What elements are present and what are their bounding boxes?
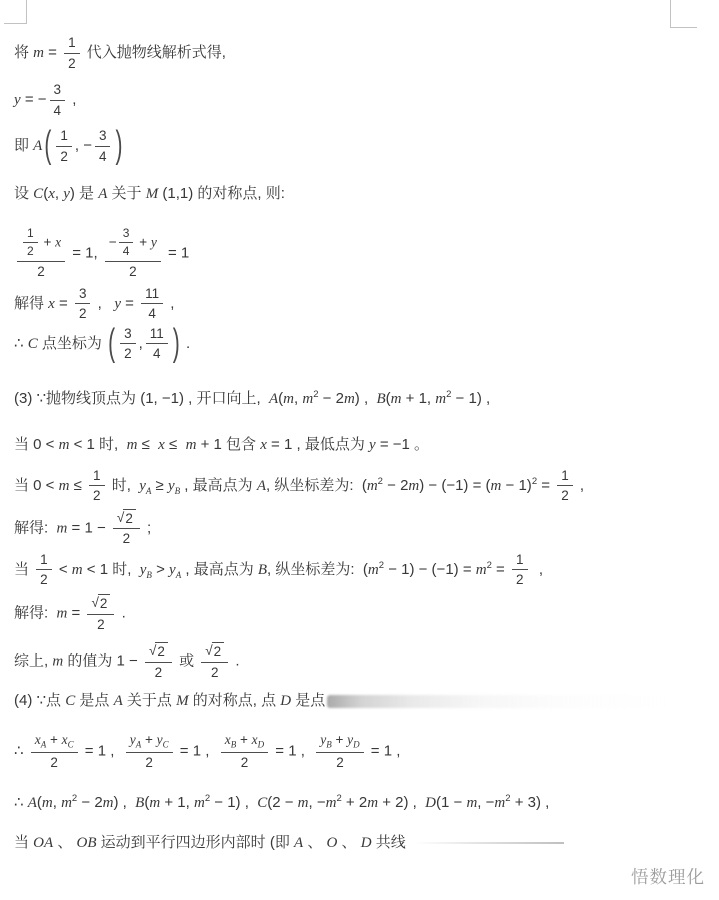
fraction-numerator: 1 (64, 34, 80, 54)
fraction-denominator: 2 (241, 753, 249, 772)
line-point-a: 即 A(12, −34) (14, 127, 711, 165)
math-variable: m (42, 795, 53, 811)
math-variable: m (57, 520, 68, 536)
math-variable: y (114, 296, 121, 312)
text-run: 3 (54, 82, 62, 97)
fraction: −34 + y2 (105, 226, 161, 281)
text-run: 1 (561, 468, 569, 483)
text-run: 3 (123, 226, 130, 240)
fraction-numerator: 3 (119, 226, 134, 244)
text-run: + 2 (342, 794, 367, 811)
line-part3-intro: (3) ∵抛物线顶点为 (1, −1) , 开口向上, A(m, m2 − 2m… (14, 388, 711, 411)
text-run: 11 (150, 326, 164, 341)
fraction-numerator: yB + yD (316, 731, 363, 753)
text-run: + (141, 732, 156, 747)
text-run: 1 (93, 468, 101, 483)
math-variable: A (294, 835, 303, 851)
math-variable: B (376, 391, 385, 407)
math-variable: m (149, 795, 160, 811)
text-run: = (537, 477, 554, 494)
line-y-value: y = −34 , (14, 81, 711, 119)
big-paren: ( (44, 118, 51, 175)
math-variable: y (139, 478, 146, 494)
fraction: 12 (557, 467, 573, 505)
math-variable: A (114, 693, 123, 709)
math-variable: m (127, 437, 138, 453)
text-run: = (492, 561, 509, 578)
fraction-denominator: 2 (93, 486, 101, 505)
math-variable: M (146, 186, 159, 202)
fraction-denominator: 2 (124, 344, 132, 363)
fraction: yB + yD2 (316, 731, 363, 772)
fraction-numerator: √2 (145, 642, 172, 663)
math-variable: y (63, 186, 70, 202)
text-run: = 1 (164, 244, 189, 261)
text-run: . (117, 605, 125, 622)
fraction-numerator: 1 (512, 551, 528, 571)
text-run: − 2 (319, 390, 344, 407)
text-run: − 2 (77, 794, 102, 811)
math-variable: m (344, 391, 355, 407)
math-variable: OA (33, 835, 53, 851)
text-run: − 1) , (451, 390, 490, 407)
math-variable: m (59, 437, 70, 453)
text-run: 点坐标为 (38, 335, 106, 352)
text-run: 2 (50, 755, 58, 770)
math-variable: A (28, 795, 37, 811)
math-variable: y (168, 478, 175, 494)
fraction: 32 (75, 285, 91, 323)
fraction-denominator: 2 (123, 529, 131, 548)
text-run: − 1) − (−1) = (384, 561, 476, 578)
text-run: 3 (124, 326, 132, 341)
text-run: 将 (14, 44, 33, 61)
text-run: 时, (108, 477, 140, 494)
fraction-denominator: 4 (54, 101, 62, 120)
text-run: , 纵坐标差为: ( (266, 477, 367, 494)
text-run: 1 (516, 552, 524, 567)
text-run: ≤ (69, 477, 86, 494)
text-run: , − (75, 137, 92, 154)
math-variable: m (368, 562, 379, 578)
math-variable: m (494, 795, 505, 811)
text-run: 当 (14, 561, 33, 578)
math-variable: m (61, 795, 72, 811)
math-variable: D (425, 795, 436, 811)
text-run: 是点 (291, 692, 325, 709)
text-run: , − (477, 794, 494, 811)
text-run: 、 (53, 834, 76, 851)
math-variable: m (302, 391, 313, 407)
big-paren: ( (108, 315, 115, 372)
math-variable: m (194, 795, 205, 811)
text-run: ) , (355, 390, 377, 407)
text-run: 2 (97, 617, 105, 632)
text-run: ∴ (14, 794, 28, 811)
math-variable: m (367, 795, 378, 811)
fraction-numerator: √2 (113, 509, 140, 530)
text-run: + 1 包含 (196, 436, 260, 453)
text-run: 4 (148, 306, 156, 321)
text-run: 2 (68, 56, 76, 71)
fraction: 12 (512, 551, 528, 589)
fraction-denominator: 2 (145, 753, 153, 772)
radical: √2 (117, 509, 136, 528)
text-run: ∴ (14, 742, 28, 759)
text-run: + 1, (401, 390, 435, 407)
fraction: 114 (146, 325, 168, 363)
text-run: 2 (79, 306, 87, 321)
radical: √2 (149, 642, 168, 661)
text-run: − 1) (501, 477, 531, 494)
text-run: 关于 (107, 185, 145, 202)
text-run: + (236, 732, 251, 747)
text-run: 解得: (14, 605, 57, 622)
text-run: 2 (129, 264, 137, 279)
math-variable: x (158, 437, 165, 453)
math-variable: y (169, 562, 176, 578)
math-variable: B (258, 562, 267, 578)
fraction-numerator: 12 + x (17, 226, 65, 262)
fraction-denominator: 2 (50, 753, 58, 772)
fraction-denominator: 2 (336, 753, 344, 772)
math-variable: y (151, 234, 157, 249)
text-run: = (121, 295, 138, 312)
math-variable: x (48, 186, 55, 202)
line-case-0m1: 当 0 < m < 1 时, m ≤ x ≤ m + 1 包含 x = 1 , … (14, 434, 711, 457)
text-run: = 1 , 最低点为 (267, 436, 369, 453)
math-variable: m (298, 795, 309, 811)
text-run: + (40, 234, 55, 249)
fraction-denominator: 4 (148, 304, 156, 323)
math-variable: m (33, 45, 44, 61)
line-solve-m1: 解得: m = 1 − √22 ; (14, 509, 711, 548)
text-run: 2 (40, 572, 48, 587)
text-run: − 2 (383, 477, 408, 494)
radical: √2 (91, 594, 110, 613)
line-symmetry-equations: 12 + x2 = 1, −34 + y2 = 1 (14, 226, 711, 281)
solution-content: 将 m = 12 代入抛物线解析式得, y = −34 , 即 A(12, −3… (0, 0, 719, 855)
fraction-numerator: 1 (23, 226, 38, 244)
text-run: 2 (124, 346, 132, 361)
math-variable: m (367, 478, 378, 494)
math-variable: O (327, 835, 338, 851)
fraction: 32 (120, 325, 136, 363)
text-run: 2 (561, 488, 569, 503)
text-run: = 1 , (271, 742, 313, 759)
text-run: 的值为 1 − (63, 653, 142, 670)
text-run: ) , (114, 794, 136, 811)
text-run: . (182, 335, 190, 352)
text-run: 2 (37, 264, 45, 279)
text-run: 4 (123, 244, 130, 258)
text-run: ≤ (165, 436, 186, 453)
text-run: > (152, 561, 169, 578)
fraction-numerator: √2 (87, 594, 114, 615)
text-run: 解得 (14, 295, 48, 312)
fraction-denominator: 2 (60, 147, 68, 166)
fraction: xB + xD2 (221, 731, 268, 772)
big-paren: ) (173, 315, 180, 372)
fraction: 12 (56, 127, 72, 165)
radicand: 2 (123, 509, 136, 528)
math-variable: m (435, 391, 446, 407)
fraction-numerator: xB + xD (221, 731, 268, 753)
math-variable: y (14, 92, 21, 108)
fraction-numerator: xA + xC (31, 731, 78, 753)
fraction: 12 (23, 226, 38, 260)
math-variable: OB (77, 835, 97, 851)
fraction: √22 (201, 642, 228, 681)
text-run: , 最高点为 (181, 561, 258, 578)
line-substitute-m: 将 m = 12 代入抛物线解析式得, (14, 34, 711, 72)
text-run: 2 (60, 149, 68, 164)
fraction-numerator: 3 (120, 325, 136, 345)
text-run: , 纵坐标差为: ( (267, 561, 368, 578)
text-run: + (135, 234, 150, 249)
text-run: = (67, 605, 84, 622)
line-case-m-le-half: 当 0 < m ≤ 12 时, yA ≥ yB , 最高点为 A, 纵坐标差为:… (14, 467, 711, 505)
text-run: = − (21, 91, 47, 108)
line-midpoint-equations: ∴ xA + xC2 = 1 , yA + yC2 = 1 , xB + xD2… (14, 731, 711, 772)
line-part4-intro: (4) ∵点 C 是点 A 关于点 M 的对称点, 点 D 是点 (14, 690, 711, 713)
fraction: 34 (119, 226, 134, 260)
fraction-numerator: 1 (557, 467, 573, 487)
math-variable: B (135, 795, 144, 811)
text-run: ≥ (151, 477, 168, 494)
math-variable: m (408, 478, 419, 494)
text-run: 运动到平行四边形内部时 (即 (97, 834, 295, 851)
fraction: 12 (36, 551, 52, 589)
text-run: ) 是 (70, 185, 98, 202)
fraction-denominator: 2 (40, 570, 48, 589)
text-run: 当 0 < (14, 436, 59, 453)
math-variable: D (361, 835, 372, 851)
subscript: C (163, 739, 169, 749)
math-variable: m (72, 562, 83, 578)
line-c-coordinates: ∴ C 点坐标为 (32,114) . (14, 325, 711, 363)
radicand: 2 (155, 642, 168, 661)
text-run: = 1 , (176, 742, 218, 759)
math-variable: A (33, 138, 42, 154)
math-variable: x (260, 437, 267, 453)
math-variable: C (65, 693, 75, 709)
text-run: 2 (516, 572, 524, 587)
text-run: 2 (27, 244, 34, 258)
text-run: = (44, 44, 61, 61)
text-run: 2 (123, 531, 131, 546)
fraction: √22 (145, 642, 172, 681)
fraction-numerator: 1 (89, 467, 105, 487)
text-run: , − (309, 794, 326, 811)
subscript: C (68, 739, 74, 749)
text-run: 3 (79, 286, 87, 301)
subscript: D (353, 739, 360, 749)
text-run: 4 (153, 346, 161, 361)
text-run: , (55, 185, 63, 202)
text-run: , 最高点为 (180, 477, 257, 494)
text-run: 共线 (372, 834, 406, 851)
text-run: 、 (337, 834, 360, 851)
line-summary-m: 综上, m 的值为 1 − √22 或 √22 . (14, 642, 711, 681)
text-run: 、 (303, 834, 326, 851)
fraction: 12 (89, 467, 105, 505)
fraction-numerator: yA + yC (126, 731, 173, 753)
math-variable: x (48, 296, 55, 312)
math-variable: m (59, 478, 70, 494)
text-run: , (166, 295, 174, 312)
math-variable: m (283, 391, 294, 407)
math-variable: m (326, 795, 337, 811)
blur-smear-effect (327, 695, 667, 708)
text-run: 1 (27, 226, 34, 240)
text-run: 1 (68, 35, 76, 50)
text-run: (2 − (267, 794, 297, 811)
text-run: < 1 时, (69, 436, 126, 453)
fraction-denominator: 2 (155, 663, 163, 682)
line-abcd-coordinates: ∴ A(m, m2 − 2m) , B(m + 1, m2 − 1) , C(2… (14, 792, 711, 815)
text-run: = 1 − (67, 519, 110, 536)
math-variable: C (28, 336, 38, 352)
line-oa-ob-collinear: 当 OA 、 OB 运动到平行四边形内部时 (即 A 、 O 、 D 共线 (14, 832, 711, 855)
line-case-half-m1: 当 12 < m < 1 时, yB > yA , 最高点为 B, 纵坐标差为:… (14, 551, 711, 589)
text-run: 2 (93, 488, 101, 503)
fraction-numerator: √2 (201, 642, 228, 663)
text-run: (1 − (436, 794, 466, 811)
text-run: 3 (99, 128, 107, 143)
math-variable: A (269, 391, 278, 407)
text-run: = 1 , (367, 742, 401, 759)
fraction: xA + xC2 (31, 731, 78, 772)
math-variable: A (257, 478, 266, 494)
fraction-denominator: 2 (27, 243, 34, 260)
text-run: < 1 时, (83, 561, 140, 578)
text-run: = −1 。 (376, 436, 429, 453)
text-run: 2 (241, 755, 249, 770)
text-run: 1 (40, 552, 48, 567)
math-variable: C (257, 795, 267, 811)
math-variable: m (186, 437, 197, 453)
fraction-denominator: 2 (211, 663, 219, 682)
text-run: , (576, 477, 584, 494)
text-run: − 1) , (210, 794, 257, 811)
fraction-denominator: 4 (153, 344, 161, 363)
math-variable: m (391, 391, 402, 407)
text-run: 即 (14, 137, 33, 154)
fraction-denominator: 2 (561, 486, 569, 505)
text-run: 综上, (14, 653, 52, 670)
text-run: 是点 (75, 692, 113, 709)
text-run: ≤ (137, 436, 158, 453)
text-run: 解得: (14, 519, 57, 536)
math-variable: M (176, 693, 189, 709)
text-run: ) − (−1) = ( (419, 477, 490, 494)
document-page: 将 m = 12 代入抛物线解析式得, y = −34 , 即 A(12, −3… (0, 0, 719, 855)
text-run: ∴ (14, 335, 28, 352)
math-variable: m (466, 795, 477, 811)
fraction-denominator: 4 (123, 243, 130, 260)
text-run: 或 (175, 653, 198, 670)
watermark: 悟数理化 (631, 864, 705, 889)
line-setup-c: 设 C(x, y) 是 A 关于 M (1,1) 的对称点, 则: (14, 183, 711, 206)
fraction-denominator: 4 (99, 147, 107, 166)
math-variable: m (103, 795, 114, 811)
fraction: 34 (50, 81, 66, 119)
page-margin-mark-top-left-icon (4, 0, 27, 24)
fraction-numerator: 1 (56, 127, 72, 147)
text-run: 的对称点, 点 (189, 692, 281, 709)
math-variable: C (33, 186, 43, 202)
math-variable: m (52, 654, 63, 670)
text-run: 设 (14, 185, 33, 202)
text-run: , (53, 794, 61, 811)
text-run: 2 (145, 755, 153, 770)
text-run: 1 (60, 128, 68, 143)
radicand: 2 (212, 642, 225, 661)
text-run: = 1 , (81, 742, 123, 759)
fraction-denominator: 2 (79, 304, 87, 323)
text-run: < (55, 561, 72, 578)
text-run: − (109, 234, 117, 249)
fraction-numerator: 1 (36, 551, 52, 571)
text-run: + 2) , (378, 794, 425, 811)
math-variable: m (491, 478, 502, 494)
text-run: 11 (145, 286, 159, 301)
text-run: 2 (336, 755, 344, 770)
text-run: , (139, 335, 143, 352)
text-run: 关于点 (123, 692, 176, 709)
fraction-denominator: 2 (68, 54, 76, 73)
fraction: 12 (64, 34, 80, 72)
text-run: , (68, 91, 76, 108)
fraction: 114 (141, 285, 163, 323)
fraction-numerator: 11 (141, 285, 163, 305)
text-run: 2 (155, 665, 163, 680)
text-run: . (231, 653, 239, 670)
fraction: yA + yC2 (126, 731, 173, 772)
fade-line-effect (414, 842, 564, 844)
text-run: = (55, 295, 72, 312)
text-run: 当 0 < (14, 477, 59, 494)
text-run: , (531, 561, 544, 578)
fraction-numerator: 3 (95, 127, 111, 147)
fraction-denominator: 2 (516, 570, 524, 589)
page-margin-mark-top-right-icon (670, 0, 697, 28)
math-variable: y (369, 437, 376, 453)
text-run: 当 (14, 834, 33, 851)
subscript: D (258, 739, 265, 749)
math-variable: A (98, 186, 107, 202)
fraction-denominator: 2 (37, 262, 45, 281)
text-run: 4 (99, 149, 107, 164)
text-run: ; (143, 519, 151, 536)
text-run: + (46, 732, 61, 747)
text-run: (3) ∵抛物线顶点为 (1, −1) , 开口向上, (14, 390, 269, 407)
radical: √2 (205, 642, 224, 661)
fraction: √22 (113, 509, 140, 548)
text-run: + 1, (160, 794, 194, 811)
fraction-numerator: 3 (50, 81, 66, 101)
fraction-numerator: −34 + y (105, 226, 161, 262)
big-paren: ) (115, 118, 122, 175)
math-variable: D (280, 693, 291, 709)
fraction-numerator: 3 (75, 285, 91, 305)
text-run: (1,1) 的对称点, 则: (158, 185, 285, 202)
line-solve-m2: 解得: m = √22 . (14, 594, 711, 633)
text-run: (4) ∵点 (14, 692, 65, 709)
fraction-denominator: 2 (97, 615, 105, 634)
text-run: + (332, 732, 347, 747)
